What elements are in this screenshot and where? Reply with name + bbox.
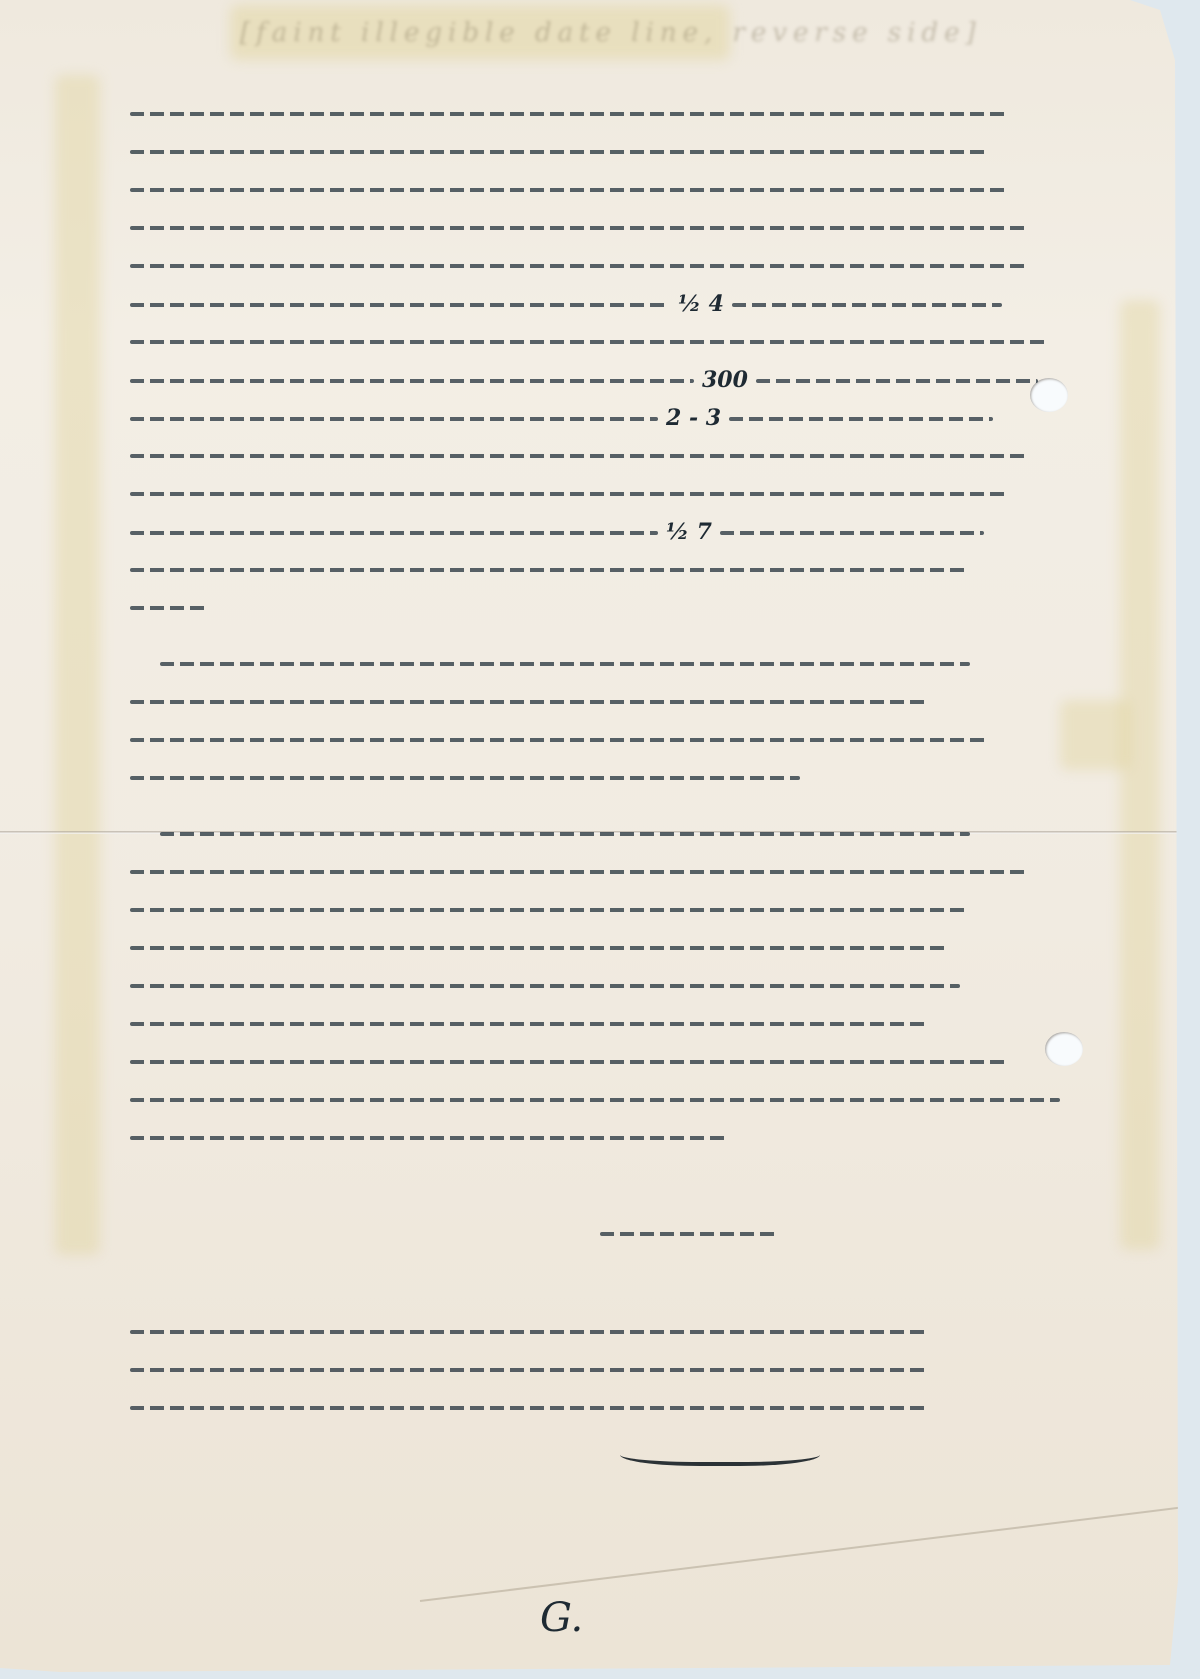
handwritten-line [130,95,1080,133]
handwritten-line [130,475,1080,513]
handwritten-line [130,247,1080,285]
handwritten-line [130,323,1080,361]
bottom-crease [420,1505,1185,1602]
handwritten-line [130,759,1080,797]
handwritten-line [130,171,1080,209]
letter-sheet: [faint illegible date line, reverse side… [0,0,1185,1672]
handwritten-line [130,967,1080,1005]
handwritten-line [130,683,1080,721]
handwritten-line [130,645,1080,683]
handwritten-line [130,437,1080,475]
handwritten-line [130,815,1080,853]
bleed-through-header: [faint illegible date line, reverse side… [240,18,982,48]
visible-number: ½ 4 [678,291,724,317]
handwritten-line [130,551,1080,589]
handwritten-line [130,891,1080,929]
handwritten-line [130,853,1080,891]
handwritten-line: 300 [130,361,1080,399]
handwritten-line [130,1313,1080,1351]
signature [620,1438,820,1466]
handwritten-line: ½ 7 [130,513,1080,551]
closing-line [130,1215,1080,1253]
stain-right-margin [1120,300,1160,1250]
visible-number: ½ 7 [666,519,712,545]
postscript-initial: G. [540,1595,583,1641]
handwritten-line [130,721,1080,759]
handwritten-line: 2 - 3 [130,399,1080,437]
handwritten-line [130,133,1080,171]
handwritten-line: ½ 4 [130,285,1080,323]
stain-left-margin [55,75,100,1255]
visible-number: 2 - 3 [666,405,721,431]
handwritten-line [130,929,1080,967]
handwritten-line [130,209,1080,247]
handwritten-line [130,1081,1080,1119]
handwritten-line [130,1389,1080,1427]
letter-body: ½ 43002 - 3½ 7 [130,95,1080,1427]
handwritten-line [130,1119,1080,1157]
handwritten-line [130,1351,1080,1389]
handwritten-line [130,1005,1080,1043]
visible-number: 300 [702,367,748,393]
handwritten-line [130,589,1080,627]
handwritten-line [130,1043,1080,1081]
